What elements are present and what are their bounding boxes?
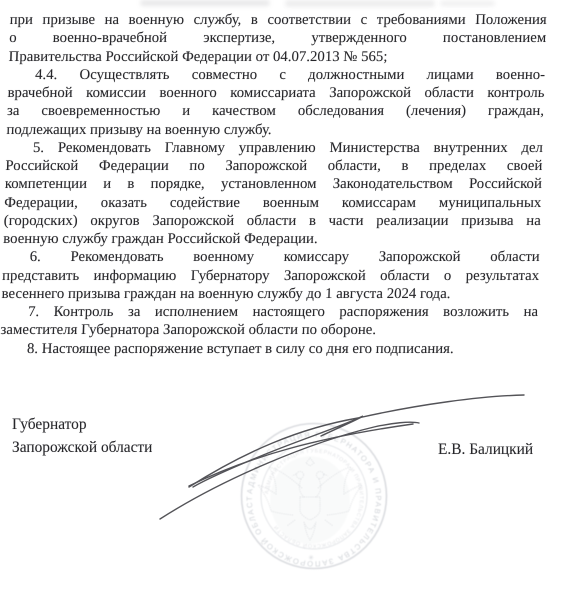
document-page: при призыве на военную службу, в соответ… (0, 0, 565, 600)
stamp-bottom-star: ✳ (308, 554, 314, 562)
stamp-and-signature-overlay: АДМИНИСТРАЦИЯ ГУБЕРНАТОРА И ПРАВИТЕЛЬСТВ… (0, 0, 565, 600)
